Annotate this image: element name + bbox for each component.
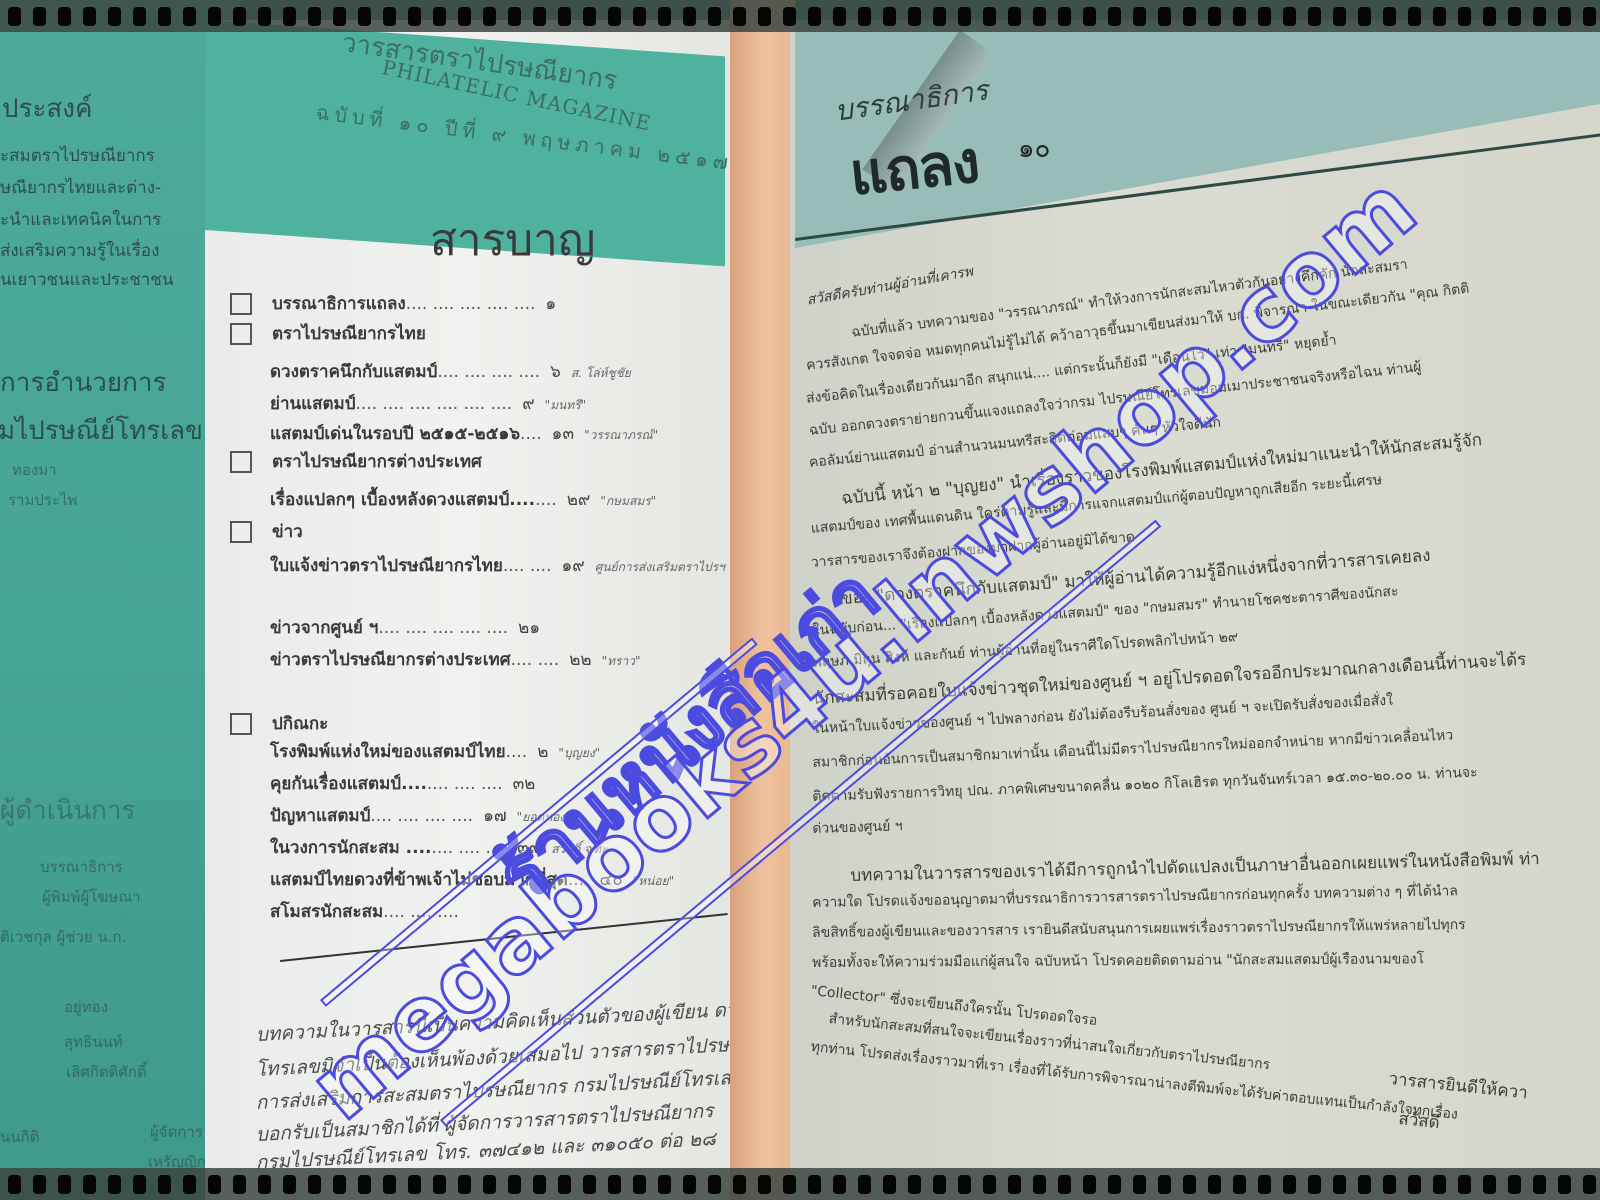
film-hole	[1458, 7, 1471, 26]
film-hole	[708, 1175, 721, 1194]
staff-line: ผู้พิมพ์ผู้โฆษณา	[42, 885, 141, 909]
film-hole	[508, 1175, 521, 1194]
film-hole	[1208, 1175, 1221, 1194]
film-hole	[83, 7, 96, 26]
film-hole	[983, 7, 996, 26]
film-hole	[958, 1175, 971, 1194]
film-hole	[458, 7, 471, 26]
film-hole	[1458, 1175, 1471, 1194]
film-hole	[1058, 7, 1071, 26]
film-hole	[1483, 7, 1496, 26]
film-hole	[258, 1175, 271, 1194]
editorial-logo-big: แถลง	[845, 115, 982, 221]
editorial-line: พร้อมทั้งจะให้ความร่วมมือแก่ผู้สนใจ ฉบับ…	[812, 948, 1424, 974]
toc-author: "มนทรี"	[545, 398, 587, 412]
editorial-logo-issue: ๑๐	[1018, 128, 1050, 169]
film-hole	[833, 7, 846, 26]
name-line: รามประไพ	[8, 488, 77, 512]
toc-page-number: ๙	[522, 394, 534, 414]
name-line: ทองมา	[12, 458, 57, 482]
film-hole	[1333, 1175, 1346, 1194]
checkbox-square-icon	[230, 713, 252, 735]
film-hole	[183, 7, 196, 26]
film-hole	[758, 7, 771, 26]
film-hole	[558, 1175, 571, 1194]
film-hole	[708, 7, 721, 26]
film-hole	[83, 1175, 96, 1194]
toc-leader-dots: .... .... .... ....	[437, 362, 540, 382]
toc-leader-dots: .... .... .... .... .... ....	[356, 394, 513, 414]
film-hole	[833, 1175, 846, 1194]
film-hole	[808, 7, 821, 26]
film-hole	[408, 1175, 421, 1194]
film-hole	[1133, 7, 1146, 26]
film-hole	[1033, 7, 1046, 26]
film-hole	[1258, 1175, 1271, 1194]
toc-label: คุยกันเรื่องแสตมป์....	[270, 774, 427, 794]
film-hole	[258, 7, 271, 26]
film-hole	[458, 1175, 471, 1194]
film-hole	[1483, 1175, 1496, 1194]
film-hole	[483, 1175, 496, 1194]
film-hole	[1583, 1175, 1596, 1194]
film-hole	[58, 7, 71, 26]
film-hole	[33, 7, 46, 26]
footer-name: นนกิติ	[0, 1125, 39, 1149]
toc-label: ในวงการนักสะสม ....	[270, 838, 432, 858]
toc-page-number: ๑	[545, 294, 556, 314]
film-hole	[1308, 1175, 1321, 1194]
toc-label: ปัญหาแสตมป์	[270, 806, 370, 826]
toc-label: ใบแจ้งข่าวตราไปรษณียากรไทย	[270, 556, 503, 576]
toc-author: "ทราว"	[602, 654, 641, 668]
film-hole	[1283, 1175, 1296, 1194]
film-hole	[1383, 1175, 1396, 1194]
film-hole	[633, 1175, 646, 1194]
checkbox-square-icon	[230, 293, 252, 315]
film-strip-bottom	[0, 1168, 1600, 1200]
film-hole	[583, 7, 596, 26]
film-hole	[658, 1175, 671, 1194]
film-hole	[883, 1175, 896, 1194]
toc-label: ข่าวตราไปรษณียากรต่างประเทศ	[270, 650, 511, 670]
toc-section: ข่าว	[230, 518, 323, 545]
film-hole	[1558, 1175, 1571, 1194]
film-hole	[1108, 7, 1121, 26]
film-hole	[1433, 1175, 1446, 1194]
film-hole	[433, 1175, 446, 1194]
director-heading: มไปรษณีย์โทรเลข	[0, 410, 203, 451]
film-hole	[783, 1175, 796, 1194]
name-line: อยู่ทอง	[64, 995, 108, 1019]
film-hole	[1083, 7, 1096, 26]
toc-label: ตราไปรษณียากรต่างประเทศ	[272, 452, 482, 472]
film-hole	[1208, 7, 1221, 26]
film-hole	[358, 1175, 371, 1194]
toc-author: ส. โล่ห์ชูชัย	[571, 366, 631, 380]
toc-section: ตราไปรษณียากรต่างประเทศ	[230, 448, 502, 475]
toc-page-number: ๑๓	[552, 424, 574, 444]
staff-line: ติเวชกุล ผู้ช่วย น.ก.	[0, 925, 126, 949]
toc-author: "กษมสมร"	[600, 494, 656, 508]
checkbox-square-icon	[230, 323, 252, 345]
film-hole	[58, 1175, 71, 1194]
film-hole	[533, 7, 546, 26]
toc-page-number: ๑๙	[561, 556, 584, 576]
film-hole	[1533, 1175, 1546, 1194]
film-hole	[1308, 7, 1321, 26]
toc-entry: ใบแจ้งข่าวตราไปรษณียากรไทย.... ....๑๙ศูน…	[270, 552, 725, 579]
film-hole	[1183, 1175, 1196, 1194]
film-hole	[1358, 7, 1371, 26]
toc-label: ย่านแสตมป์	[270, 394, 356, 414]
film-hole	[558, 7, 571, 26]
staff-heading: ผู้ดำเนินการ	[0, 790, 135, 831]
film-hole	[1233, 7, 1246, 26]
film-hole	[283, 7, 296, 26]
film-hole	[433, 7, 446, 26]
purpose-line: ะนำและเทคนิคในการ	[0, 206, 161, 233]
film-hole	[333, 1175, 346, 1194]
film-hole	[358, 7, 371, 26]
film-hole	[1333, 7, 1346, 26]
toc-entry: ข่าวตราไปรษณียากรต่างประเทศ.... ....๒๒"ท…	[270, 646, 641, 673]
toc-author: "วรรณาภรณ์"	[584, 428, 658, 442]
toc-entry: ย่านแสตมป์.... .... .... .... .... ....๙…	[270, 390, 586, 417]
editorial-line: สวัสดี	[1397, 1105, 1441, 1136]
film-hole	[183, 1175, 196, 1194]
film-hole	[858, 7, 871, 26]
film-hole	[1158, 1175, 1171, 1194]
director-heading: การอำนวยการ	[0, 362, 166, 403]
film-hole	[508, 7, 521, 26]
film-hole	[633, 7, 646, 26]
toc-title: สารบาญ	[430, 205, 595, 275]
toc-label: บรรณาธิการแถลง	[272, 294, 406, 314]
toc-entry: ข่าวจากศูนย์ ฯ.... .... .... .... ....๒๑	[270, 614, 550, 641]
purpose-line: ส่งเสริมความรู้ในเรื่อง	[0, 237, 159, 264]
left-page-heading: ประสงค์	[2, 88, 92, 129]
film-hole	[683, 1175, 696, 1194]
toc-page-number: ๒	[537, 742, 548, 762]
film-hole	[1408, 1175, 1421, 1194]
film-hole	[158, 1175, 171, 1194]
film-hole	[1183, 7, 1196, 26]
toc-leader-dots: ....	[506, 742, 528, 762]
film-hole	[208, 1175, 221, 1194]
magazine-photo: ประสงค์ ะสมตราไปรษณียากร ษณียากรไทยและต่…	[0, 0, 1600, 1200]
toc-leader-dots: .... ....	[503, 556, 552, 576]
film-hole	[983, 1175, 996, 1194]
name-line: สุทธินนท์	[64, 1030, 123, 1054]
film-hole	[583, 1175, 596, 1194]
film-hole	[683, 7, 696, 26]
toc-label: ตราไปรษณียากรไทย	[272, 324, 426, 344]
film-hole	[133, 1175, 146, 1194]
toc-label: สโมสรนักสะสม	[270, 902, 383, 922]
toc-leader-dots: ....	[535, 490, 557, 510]
toc-entry: แสตมป์เด่นในรอบปี ๒๕๑๕-๒๕๑๖....๑๓"วรรณาภ…	[270, 420, 658, 447]
editorial-line: ด่วนของศูนย์ ฯ	[812, 815, 903, 840]
film-hole	[108, 1175, 121, 1194]
toc-page-number: ๒๙	[567, 490, 591, 510]
film-hole	[1558, 7, 1571, 26]
film-hole	[308, 1175, 321, 1194]
left-page: ประสงค์ ะสมตราไปรษณียากร ษณียากรไทยและต่…	[0, 0, 240, 1200]
film-hole	[933, 7, 946, 26]
film-hole	[308, 7, 321, 26]
toc-leader-dots: .... .... .... .... ....	[378, 618, 508, 638]
film-hole	[808, 1175, 821, 1194]
name-line: เลิศกิตติศักดิ์	[66, 1060, 147, 1084]
toc-label: ข่าวจากศูนย์ ฯ	[270, 618, 378, 638]
film-hole	[333, 7, 346, 26]
toc-section: ตราไปรษณียากรไทย	[230, 320, 446, 347]
toc-label: แสตมป์เด่นในรอบปี ๒๕๑๕-๒๕๑๖	[270, 424, 520, 444]
film-hole	[1433, 7, 1446, 26]
toc-leader-dots: ....	[520, 424, 542, 444]
film-hole	[783, 7, 796, 26]
film-hole	[1083, 1175, 1096, 1194]
film-hole	[233, 7, 246, 26]
toc-leader-dots: .... .... ....	[427, 774, 503, 794]
toc-leader-dots: .... .... .... .... ....	[406, 294, 536, 314]
film-hole	[908, 7, 921, 26]
film-hole	[1508, 7, 1521, 26]
film-hole	[208, 7, 221, 26]
toc-label: ปกิณกะ	[272, 714, 328, 734]
film-hole	[958, 7, 971, 26]
footer-role: ผู้จัดการ	[150, 1120, 203, 1144]
film-hole	[1008, 7, 1021, 26]
film-hole	[858, 1175, 871, 1194]
toc-entry: เรื่องแปลกๆ เบื้องหลังดวงแสตมป์........๒…	[270, 486, 656, 513]
film-hole	[1508, 1175, 1521, 1194]
film-hole	[1408, 7, 1421, 26]
film-hole	[533, 1175, 546, 1194]
film-hole	[1033, 1175, 1046, 1194]
film-hole	[1133, 1175, 1146, 1194]
toc-entry: คุยกันเรื่องแสตมป์........ .... ....๓๒	[270, 770, 545, 797]
film-hole	[1258, 7, 1271, 26]
film-hole	[133, 7, 146, 26]
film-hole	[483, 7, 496, 26]
film-hole	[883, 7, 896, 26]
film-hole	[1583, 7, 1596, 26]
film-hole	[283, 1175, 296, 1194]
toc-label: ดวงตราคนึกกับแสตมป์	[270, 362, 437, 382]
film-hole	[658, 7, 671, 26]
purpose-line: ษณียากรไทยและต่าง-	[0, 174, 161, 201]
film-hole	[1233, 1175, 1246, 1194]
film-hole	[1108, 1175, 1121, 1194]
toc-leader-dots: .... ....	[511, 650, 560, 670]
film-hole	[158, 7, 171, 26]
purpose-line: ะสมตราไปรษณียากร	[0, 142, 155, 169]
toc-section: ปกิณกะ	[230, 710, 348, 737]
film-hole	[733, 7, 746, 26]
film-hole	[8, 1175, 21, 1194]
film-strip-top	[0, 0, 1600, 32]
staff-line: บรรณาธิการ	[40, 855, 123, 879]
film-hole	[1533, 7, 1546, 26]
film-hole	[608, 7, 621, 26]
film-hole	[408, 7, 421, 26]
film-hole	[1058, 1175, 1071, 1194]
toc-page-number: ๒๒	[569, 650, 591, 670]
film-hole	[108, 7, 121, 26]
checkbox-square-icon	[230, 521, 252, 543]
film-hole	[908, 1175, 921, 1194]
film-hole	[33, 1175, 46, 1194]
checkbox-square-icon	[230, 451, 252, 473]
film-hole	[1158, 7, 1171, 26]
toc-label: เรื่องแปลกๆ เบื้องหลังดวงแสตมป์....	[270, 490, 535, 510]
film-hole	[1358, 1175, 1371, 1194]
film-hole	[1283, 7, 1296, 26]
toc-label: ข่าว	[272, 522, 303, 542]
film-hole	[8, 7, 21, 26]
toc-entry: ดวงตราคนึกกับแสตมป์.... .... .... ....๖ส…	[270, 358, 631, 385]
toc-author: ศูนย์การส่งเสริมตราไปรฯ	[595, 560, 725, 574]
toc-section: บรรณาธิการแถลง.... .... .... .... ....๑	[230, 290, 566, 317]
toc-entry: โรงพิมพ์แห่งใหม่ของแสตมป์ไทย....๒"บุญยง"	[270, 738, 600, 765]
film-hole	[933, 1175, 946, 1194]
film-hole	[733, 1175, 746, 1194]
film-hole	[608, 1175, 621, 1194]
film-hole	[233, 1175, 246, 1194]
film-hole	[383, 7, 396, 26]
toc-page-number: ๒๑	[518, 618, 540, 638]
film-hole	[758, 1175, 771, 1194]
film-hole	[1008, 1175, 1021, 1194]
purpose-line: นเยาวชนและประชาชน	[0, 266, 173, 293]
toc-leader-dots: .... .... .... ....	[370, 806, 473, 826]
film-hole	[1383, 7, 1396, 26]
film-hole	[383, 1175, 396, 1194]
toc-page-number: ๖	[550, 362, 561, 382]
toc-label: โรงพิมพ์แห่งใหม่ของแสตมป์ไทย	[270, 742, 506, 762]
